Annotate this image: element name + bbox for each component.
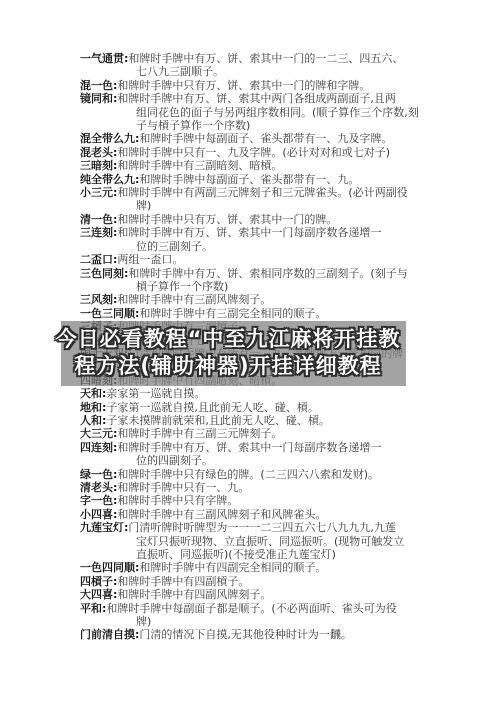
rule-term: 门前清自摸: xyxy=(80,628,139,641)
rule-term: 小四喜: xyxy=(80,508,117,521)
rule-term: 三连刻: xyxy=(80,226,117,239)
rule-item-line: 宝灯只振听现物、立直振听、同巡振听。(现物可触发立 xyxy=(80,535,452,548)
rule-term: 三色同刻: xyxy=(80,267,128,280)
rule-item-line: 一色四同顺:和牌时手牌中有四副完全相同的顺子。 xyxy=(80,561,452,574)
rule-term: 大四喜: xyxy=(80,588,117,601)
rule-item-line: 位的四副刻子。 xyxy=(80,454,452,467)
rule-item-line: 组同花色的面子与另两组序数相同。(顺子算作三个序数,刻 xyxy=(80,106,452,119)
rule-item-line: 大三元:和牌时手牌中有三副三元牌刻子。 xyxy=(80,427,452,440)
rule-item-line: 天和:亲家第一巡就自摸。 xyxy=(80,387,452,400)
rule-term: 混全带么九: xyxy=(80,132,139,145)
rule-term: 一色四同顺: xyxy=(80,561,139,574)
rule-term: 天和: xyxy=(80,387,106,400)
ad-overlay-title: 今日必看教程“中至九江麻将开挂教 程方法(辅助神器)开挂详细教程 xyxy=(18,326,438,380)
rule-item-line: 牌) xyxy=(80,199,452,212)
rule-item-line: 直振听、同巡振听)(不接受准正九莲宝灯) xyxy=(80,548,452,561)
rule-term: 混一色: xyxy=(80,79,117,92)
rule-item-line: 平和:和牌时手牌中每副面子都是顺子。(不必两面听、雀头可为役 xyxy=(80,602,452,615)
rule-term: 一色三同顺: xyxy=(80,307,139,320)
rule-item-line: 绿一色:和牌时手牌中只有绿色的牌。(二三四六八索和发财)。 xyxy=(80,468,452,481)
rule-term: 纯全带么九: xyxy=(80,173,139,186)
rule-item-line: 三色同刻:和牌时手牌中有万、饼、索相同序数的三副刻子。(刻子与 xyxy=(80,267,452,280)
rule-item-line: 三暗刻:和牌时手牌中有三副暗刻、暗槓。 xyxy=(80,159,452,172)
ad-overlay-title-line1: 今日必看教程“中至九江麻将开挂教 xyxy=(18,326,438,353)
rule-item-line: 一色三同顺:和牌时手牌中有三副完全相同的顺子。 xyxy=(80,307,452,320)
rule-item-line: 清老头:和牌时手牌中只有一、九。 xyxy=(80,481,452,494)
rule-item-line: 小四喜:和牌时手牌中有三副风牌刻子和风牌雀头。 xyxy=(80,508,452,521)
rule-term: 大三元: xyxy=(80,427,117,440)
rule-term: 三风刻: xyxy=(80,293,117,306)
rule-term: 四连刻: xyxy=(80,441,117,454)
rule-term: 一气通贯: xyxy=(80,52,128,65)
rule-item-line: 地和:子家第一巡就自摸,且此前无人吃、碰、槓。 xyxy=(80,401,452,414)
document-page: 一气通贯:和牌时手牌中有万、饼、索其中一门的一二三、四五六、七八九三副顺子。混一… xyxy=(0,0,500,707)
rule-item-line: 混全带么九:和牌时手牌中每副面子、雀头都带有一、九及字牌。 xyxy=(80,132,452,145)
rule-item-line: 纯全带么九:和牌时手牌中每副面子、雀头都带有一、九。 xyxy=(80,173,452,186)
rule-item-line: 九莲宝灯:门清听牌时听牌型为一一一二三四五六七八九九九,九莲 xyxy=(80,521,452,534)
rule-item-line: 镜同和:和牌时手牌中有万、饼、索其中两门各组成两副面子,且两 xyxy=(80,92,452,105)
rule-term: 九莲宝灯: xyxy=(80,521,128,534)
rule-item-line: 三风刻:和牌时手牌中有三副风牌刻子。 xyxy=(80,293,452,306)
rule-term: 地和: xyxy=(80,401,106,414)
rule-item-line: 二盃口:两组一盃口。 xyxy=(80,253,452,266)
rule-item-line: 字一色:和牌时手牌中只有字牌。 xyxy=(80,494,452,507)
ad-overlay-title-line2: 程方法(辅助神器)开挂详细教程 xyxy=(18,353,438,380)
rule-item-line: 混一色:和牌时手牌中只有万、饼、索其中一门的牌和字牌。 xyxy=(80,79,452,92)
rule-item-line: 人和:子家未摸牌前就荣和,且此前无人吃、碰、槓。 xyxy=(80,414,452,427)
rule-term: 三暗刻: xyxy=(80,159,117,172)
rule-item-line: 四槓子:和牌时手牌中有四副槓子。 xyxy=(80,575,452,588)
rule-item-line: 七八九三副顺子。 xyxy=(80,65,452,78)
rule-item-line: 小三元:和牌时手牌中有两副三元牌刻子和三元牌雀头。(必计两副役 xyxy=(80,186,452,199)
rule-item-line: 子与槓子算作一个序数) xyxy=(80,119,452,132)
rule-term: 清一色: xyxy=(80,213,117,226)
rule-item-line: 四连刻:和牌时手牌中有万、饼、索其中一门每副序数各递增一 xyxy=(80,441,452,454)
rule-item-line: 一气通贯:和牌时手牌中有万、饼、索其中一门的一二三、四五六、 xyxy=(80,52,452,65)
rule-item-line: 混老头:和牌时手牌中只有一、九及字牌。(必计对对和或七对子) xyxy=(80,146,452,159)
rule-item-line: 槓子算作一个序数) xyxy=(80,280,452,293)
rule-term: 绿一色: xyxy=(80,468,117,481)
rule-term: 二盃口: xyxy=(80,253,117,266)
rule-term: 清老头: xyxy=(80,481,117,494)
rule-term: 人和: xyxy=(80,414,106,427)
rule-item-line: 三连刻:和牌时手牌中有万、饼、索其中一门每副序数各递增一 xyxy=(80,226,452,239)
rule-term: 四槓子: xyxy=(80,575,117,588)
rule-item-line: 位的三副刻子。 xyxy=(80,240,452,253)
rule-term: 平和: xyxy=(80,602,106,615)
rule-item-line: 大四喜:和牌时手牌中有四副风牌刻子。 xyxy=(80,588,452,601)
rule-item-line: 清一色:和牌时手牌中只有万、饼、索其中一门的牌。 xyxy=(80,213,452,226)
rule-item-line: 门前清自摸:门清的情况下自摸,无其他役种时计为一飜。 xyxy=(80,628,452,641)
rule-item-line: 牌) xyxy=(80,615,452,628)
rule-term: 镜同和: xyxy=(80,92,117,105)
rule-term: 小三元: xyxy=(80,186,117,199)
rule-term: 混老头: xyxy=(80,146,117,159)
rule-term: 字一色: xyxy=(80,494,117,507)
